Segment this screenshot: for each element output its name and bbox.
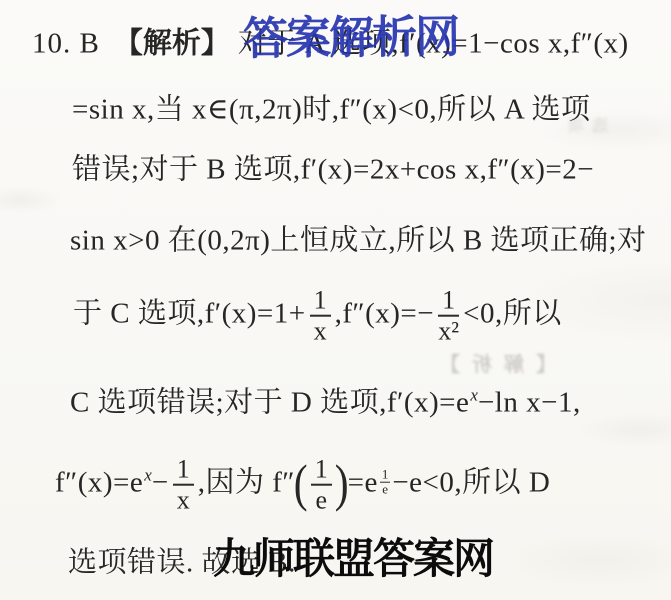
superscript-fraction: 1e [380,468,391,496]
text-run: <0,所以 [463,298,562,330]
solution-line-2: =sin x,当 x∈(π,2π)时,f″(x)<0,所以 A 选项 [72,87,591,128]
text-run: −ln x−1, [478,387,581,419]
superscript: x [144,466,152,485]
fraction-denominator: x [314,317,327,345]
superscript: x [470,386,478,405]
big-paren: ( [294,462,308,509]
text-run: ,因为 f″ [198,467,295,499]
analysis-tag: 【解析】 [114,26,230,60]
watermark-answer-analysis-site: 答案解析网 [243,0,459,67]
solution-line-3: 错误;对于 B 选项,f′(x)=2x+cos x,f″(x)=2− [72,147,594,188]
fraction: 1x [173,456,194,515]
solution-line-6: C 选项错误;对于 D 选项,f′(x)=ex−ln x−1, [70,380,581,421]
problem-number-label: 10. B [32,28,100,60]
solution-line-7: f″(x)=ex−1x,因为 f″(1e)=e1e−e<0,所以 D [55,456,550,515]
text-run: =sin x,当 x∈(π,2π)时,f″(x)<0,所以 A 选项 [72,94,591,126]
bleed-through-text: 【解析】 [428,348,556,377]
fraction-denominator: x² [438,317,459,345]
fraction: 1e [311,456,332,515]
fraction: 1x² [438,287,459,346]
text-run: −e<0,所以 D [392,467,550,499]
text-run: f″(x)=e [55,467,143,499]
text-run: =e [348,467,378,499]
fraction-denominator: x [177,486,190,514]
fraction-denominator: e [382,482,388,496]
solution-line-4: sin x>0 在(0,2π)上恒成立,所以 B 选项正确;对 [70,218,647,259]
text-run: 错误;对于 B 选项,f′(x)=2x+cos x,f″(x)=2− [72,154,594,186]
fraction-numerator: 1 [173,456,194,486]
text-run: sin x>0 在(0,2π)上恒成立,所以 B 选项正确;对 [70,225,647,257]
fraction-numerator: 1 [380,468,391,483]
fraction-numerator: 1 [310,287,331,317]
text-run: 于 C 选项,f′(x)=1+ [73,298,306,330]
text-run: − [152,467,169,499]
solution-line-5: 于 C 选项,f′(x)=1+1x,f″(x)=−1x²<0,所以 [73,287,562,346]
watermark-jiushi-league-site: 九师联盟答案网 [213,526,493,586]
fraction-denominator: e [315,486,327,514]
scanned-solution-page: 答案解析网 【解析】 选项 10. B【解析】对于 A 选项,f′(x)=1−c… [0,0,671,600]
fraction: 1x [310,287,331,346]
fraction-numerator: 1 [311,456,332,486]
text-run: ,f″(x)=− [335,298,435,330]
text-run: C 选项错误;对于 D 选项,f′(x)=e [70,387,469,419]
fraction-numerator: 1 [438,287,459,317]
big-paren: ) [335,462,349,509]
